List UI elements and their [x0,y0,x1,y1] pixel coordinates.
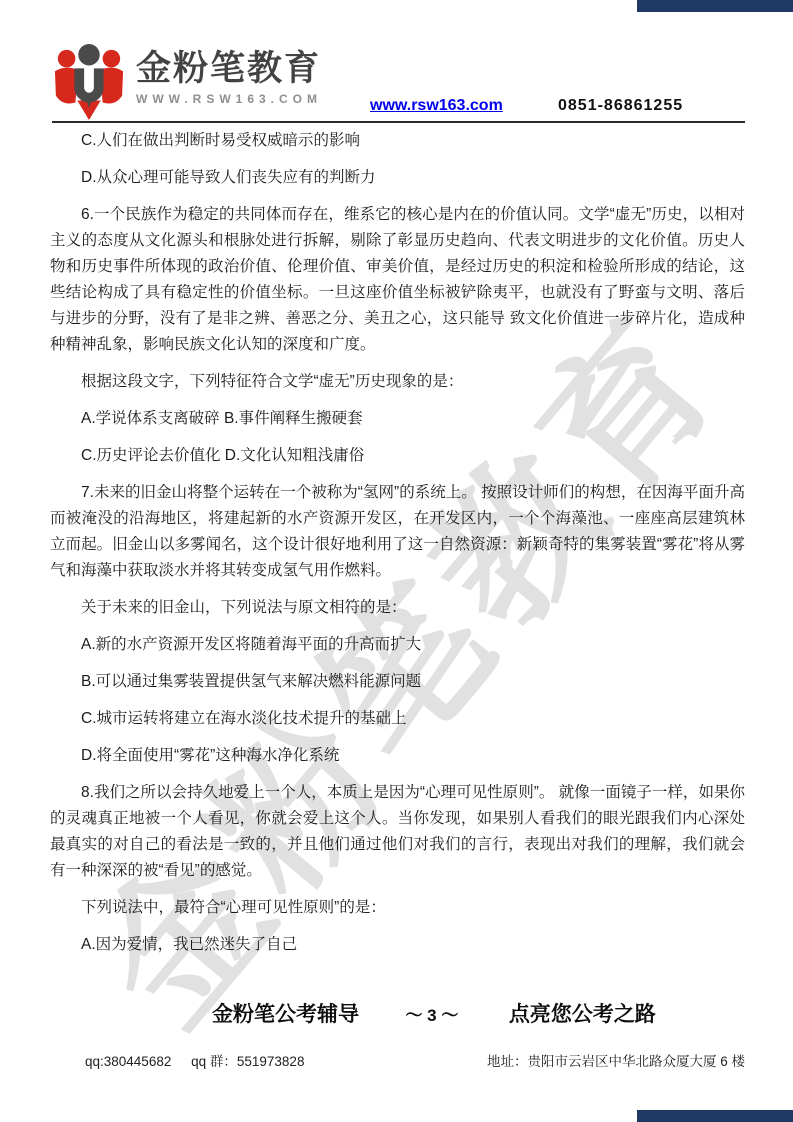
footer-qq: qq:380445682 [85,1054,171,1069]
phone-number: 0851-86861255 [558,97,683,115]
option-line: B.可以通过集雾装置提供氢气来解决燃料能源问题 [50,669,745,695]
brand-url: WWW.RSW163.COM [136,92,322,106]
footer-qq-block: qq:380445682 qq 群：551973828 [85,1050,320,1070]
footer-address: 地址：贵阳市云岩区中华北路众厦大厦 6 楼 [487,1050,745,1070]
brand-text-block: 金粉笔教育 WWW.RSW163.COM [136,50,322,106]
question-stem: 根据这段文字，下列特征符合文学“虚无”历史现象的是： [50,369,745,395]
page-number: ～ 3 ～ [405,1006,458,1025]
question-paragraph: 6.一个民族作为稳定的共同体而存在，维系它的核心是内在的价值认同。文学“虚无”历… [50,202,745,358]
question-stem: 下列说法中，最符合“心理可见性原则”的是： [50,895,745,921]
option-line: A.因为爱情，我已然迷失了自己 [50,932,745,958]
website-link[interactable]: www.rsw163.com [370,97,503,115]
footer-info-row: qq:380445682 qq 群：551973828 地址：贵阳市云岩区中华北… [85,1050,745,1070]
header-divider [52,121,745,123]
option-line: C.历史评论去价值化 D.文化认知粗浅庸俗 [50,443,745,469]
brand-logo: 金粉笔教育 WWW.RSW163.COM [52,42,322,122]
option-line: C.城市运转将建立在海水淡化技术提升的基础上 [50,706,745,732]
footer-qq-group: qq 群：551973828 [191,1054,304,1069]
option-line: D.将全面使用“雾花”这种海水净化系统 [50,743,745,769]
footer-title-row: 金粉笔公考辅导 ～ 3 ～ 点亮您公考之路 [212,998,656,1028]
brand-name: 金粉笔教育 [136,50,322,89]
option-line: A.新的水产资源开发区将随着海平面的升高而扩大 [50,632,745,658]
brand-logo-icon [52,42,126,122]
option-line: C.人们在做出判断时易受权威暗示的影响 [50,128,745,154]
footer-course-title: 金粉笔公考辅导 [212,1003,359,1026]
question-stem: 关于未来的旧金山，下列说法与原文相符的是： [50,595,745,621]
question-paragraph: 8.我们之所以会持久地爱上一个人，本质上是因为“心理可见性原则”。 就像一面镜子… [50,780,745,884]
bottom-right-corner-bar [637,1110,793,1122]
footer-slogan: 点亮您公考之路 [509,1003,656,1026]
question-paragraph: 7.未来的旧金山将整个运转在一个被称为“氢网”的系统上。 按照设计师们的构想，在… [50,480,745,584]
document-body: C.人们在做出判断时易受权威暗示的影响 D.从众心理可能导致人们丧失应有的判断力… [50,128,745,969]
option-line: D.从众心理可能导致人们丧失应有的判断力 [50,165,745,191]
option-line: A.学说体系支离破碎 B.事件阐释生搬硬套 [50,406,745,432]
page-header: 金粉笔教育 WWW.RSW163.COM www.rsw163.com 0851… [0,0,793,126]
